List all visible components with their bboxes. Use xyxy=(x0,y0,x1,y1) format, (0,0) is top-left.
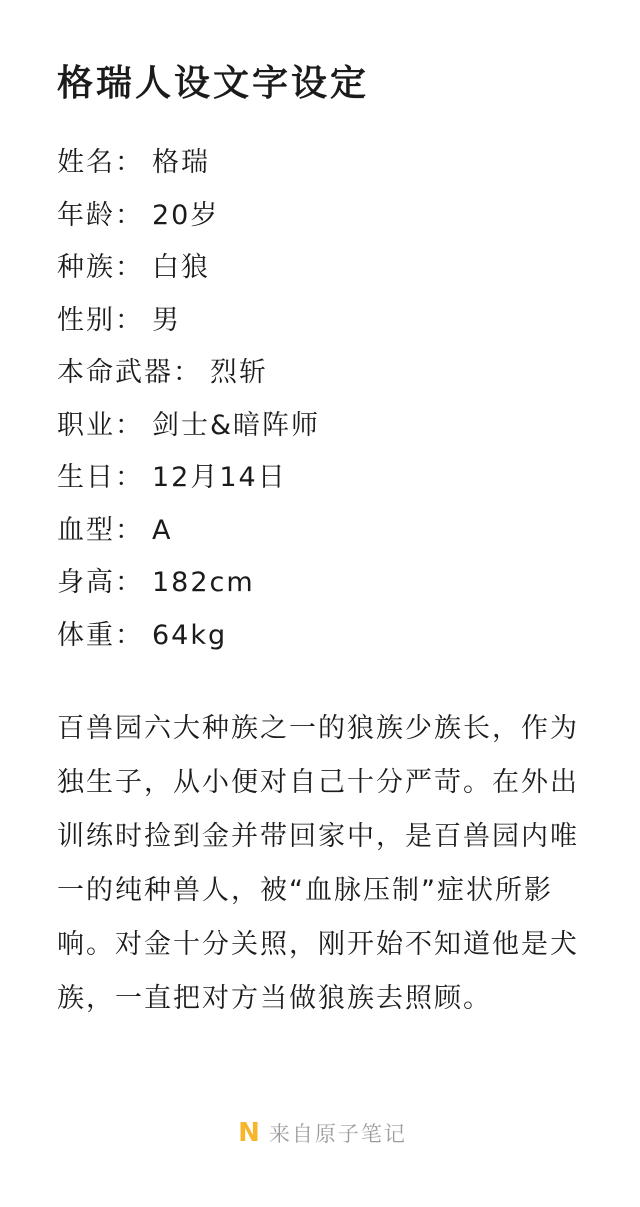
notes-app-logo-icon: N xyxy=(238,1120,260,1146)
profile-value: 白狼 xyxy=(152,252,210,283)
profile-label: 体重 xyxy=(57,620,115,651)
page-title: 格瑞人设文字设定 xyxy=(57,62,588,105)
profile-row: 体重：64kg xyxy=(57,610,588,663)
colon-separator: ： xyxy=(115,410,144,441)
profile-row: 血型：A xyxy=(57,505,588,558)
profile-value: A xyxy=(152,515,172,546)
profile-value: 64kg xyxy=(152,620,227,651)
profile-row: 生日：12月14日 xyxy=(57,452,588,505)
profile-value: 烈斩 xyxy=(210,357,268,388)
profile-label: 生日 xyxy=(57,462,115,493)
colon-separator: ： xyxy=(115,462,144,493)
profile-row: 年龄：20岁 xyxy=(57,190,588,243)
colon-separator: ： xyxy=(115,147,144,178)
profile-label: 种族 xyxy=(57,252,115,283)
profile-row: 姓名：格瑞 xyxy=(57,137,588,190)
profile-value: 剑士&暗阵师 xyxy=(152,410,320,441)
footer-attribution: 来自原子笔记 xyxy=(269,1118,407,1148)
profile-label: 本命武器 xyxy=(57,357,173,388)
profile-value: 12月14日 xyxy=(152,462,287,493)
profile-value: 男 xyxy=(152,305,181,336)
profile-label: 姓名 xyxy=(57,147,115,178)
colon-separator: ： xyxy=(115,515,144,546)
colon-separator: ： xyxy=(115,305,144,336)
profile-list: 姓名：格瑞 年龄：20岁 种族：白狼 性别：男 本命武器：烈斩 职业：剑士&暗阵… xyxy=(57,137,588,662)
profile-label: 年龄 xyxy=(57,200,115,231)
profile-value: 20岁 xyxy=(152,200,219,231)
footer: N 来自原子笔记 xyxy=(57,1118,588,1148)
colon-separator: ： xyxy=(115,252,144,283)
profile-row: 种族：白狼 xyxy=(57,242,588,295)
profile-row: 职业：剑士&暗阵师 xyxy=(57,400,588,453)
colon-separator: ： xyxy=(173,357,202,388)
profile-row: 本命武器：烈斩 xyxy=(57,347,588,400)
profile-label: 身高 xyxy=(57,567,115,598)
profile-row: 身高：182cm xyxy=(57,557,588,610)
profile-label: 性别 xyxy=(57,305,115,336)
profile-row: 性别：男 xyxy=(57,295,588,348)
profile-value: 格瑞 xyxy=(152,147,210,178)
profile-label: 职业 xyxy=(57,410,115,441)
colon-separator: ： xyxy=(115,620,144,651)
profile-label: 血型 xyxy=(57,515,115,546)
profile-value: 182cm xyxy=(152,567,255,598)
colon-separator: ： xyxy=(115,200,144,231)
character-sheet: 格瑞人设文字设定 姓名：格瑞 年龄：20岁 种族：白狼 性别：男 本命武器：烈斩… xyxy=(0,0,640,1148)
colon-separator: ： xyxy=(115,567,144,598)
character-description: 百兽园六大种族之一的狼族少族长，作为独生子，从小便对自己十分严苛。在外出训练时捡… xyxy=(57,702,588,1026)
